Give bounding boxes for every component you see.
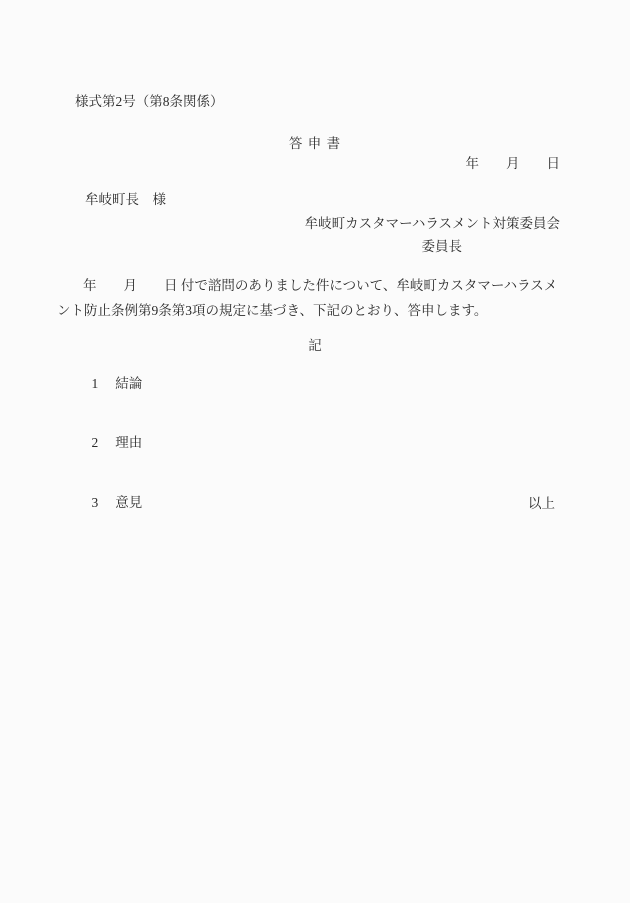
item-label: 意見 [115, 495, 142, 510]
closing-marker: 以上 [528, 495, 555, 513]
item-number: 1 [92, 376, 99, 391]
body-paragraph-line-2: ント防止条例第9条第3項の規定に基づき、下記のとおり、答申します。 [57, 302, 487, 320]
document-title: 答 申 書 [0, 135, 630, 153]
sender-role: 委員長 [422, 238, 463, 256]
list-item-conclusion: 1結論 [78, 357, 142, 410]
date-blank-line: 年 月 日 [466, 155, 561, 173]
sender-organization: 牟岐町カスタマーハラスメント対策委員会 [305, 215, 560, 233]
item-label: 理由 [115, 435, 142, 450]
list-item-opinion: 3意見 [78, 476, 142, 529]
body-paragraph-line-1: 年 月 日 付で諮問のありました件について、牟岐町カスタマーハラスメ [83, 277, 557, 295]
addressee: 牟岐町長 様 [85, 191, 166, 209]
record-marker: 記 [0, 337, 630, 355]
item-number: 2 [92, 435, 99, 450]
item-number: 3 [92, 495, 99, 510]
list-item-reason: 2理由 [78, 416, 142, 469]
document-page: 様式第2号（第8条関係） 答 申 書 年 月 日 牟岐町長 様 牟岐町カスタマー… [0, 0, 630, 903]
item-label: 結論 [115, 376, 142, 391]
form-number: 様式第2号（第8条関係） [75, 93, 224, 111]
